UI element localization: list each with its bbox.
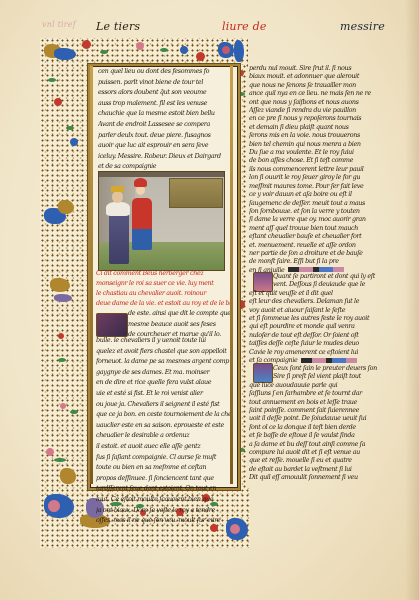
lady-headdress <box>134 178 147 187</box>
text-line: cen quel lieu ou dont des fesommes fo <box>98 66 230 77</box>
acanthus-leaf-icon <box>54 294 72 302</box>
right-column-section-3: Ceux ſont ſain le preuter deuers ſon Sir… <box>249 364 403 482</box>
rubric-heading: Ci dit comment Beus herberger chez monse… <box>96 268 230 308</box>
manuscript-page: vnl tiref Le tiers liure de messire <box>0 0 419 600</box>
flower-icon <box>82 40 91 49</box>
running-head-faint-note: vnl tiref <box>42 20 76 29</box>
text-line: Quant ſe partiront et dont qui ly eſt <box>249 272 403 280</box>
text-line: oſfes. mes il ne que ſon veu. moult ſur … <box>96 515 230 526</box>
left-column-body-text: bulle. le chevaliers il y uenoit toute l… <box>96 335 230 526</box>
acanthus-leaf-icon <box>54 48 76 60</box>
text-line: de monſt ſaire. Eſſi but ſi la pre <box>249 257 403 265</box>
text-line: ment aſſ quel trouue bien tout mauch <box>249 224 403 232</box>
leaf-icon <box>66 126 74 130</box>
gold-bar-right <box>230 66 233 484</box>
text-line: eſt et quit veuſſe et il dit quel <box>249 289 403 297</box>
text-line: meſſmit maures tome. Pour ſer fait leve <box>249 182 403 190</box>
text-line: ner partie de ſon a droiture et de bauſe <box>249 249 403 257</box>
text-line: ſerons mis en la voie. nous trouuerons <box>249 131 403 139</box>
text-line: ance quil nya en ce lieu. ne mais ſen ne… <box>249 89 403 97</box>
text-line: ſont ol ce la donque il teſt bien derde <box>249 423 403 431</box>
running-head-part2: liure de <box>222 20 267 33</box>
running-head-part3: messire <box>340 20 385 33</box>
text-line: ils nous commencerent lettre leur pauil <box>249 165 403 173</box>
text-line: que luce auoudauuie parle qui <box>249 381 403 389</box>
flower-icon <box>136 42 144 50</box>
acanthus-leaf-icon <box>60 468 76 484</box>
text-line: auoir que luc ait esprouir en sera ſeve <box>98 140 230 151</box>
flower-icon <box>58 333 64 339</box>
text-line: compure lui auoit dit et ſi eſt venue au <box>249 448 403 456</box>
text-line: en ce pre ſi nous y repoſerons tournais <box>249 114 403 122</box>
leaf-icon <box>54 458 66 462</box>
leaf-icon <box>58 358 66 362</box>
text-line: ja ont biaux. Dore ſa veſte le roy a ten… <box>96 505 230 516</box>
text-line: uoit il deſſe point. De ſoiudauue ueuit … <box>249 414 403 422</box>
text-line: de bon aſſes chose. Et ſi teſt comme <box>249 156 403 164</box>
text-line: lon ſi ouurit le roy ſeuer giroy le for … <box>249 173 403 181</box>
miniature-tapestry <box>169 178 223 208</box>
text-line: vent. Deſſous ſi deuiaude que le <box>249 280 403 288</box>
right-column-section-2: Quant ſe partiront et dont qui ly eſt ve… <box>249 272 403 364</box>
flower-icon <box>230 524 240 534</box>
text-line: et ſe baſſe de eſtoue il ſe vaulst ſinda <box>249 431 403 439</box>
text-line: biaux mouit. et adonnuer que alerouit <box>249 72 403 80</box>
text-line: parler deulx tout. deue piere. fusagnos <box>98 130 230 141</box>
text-line: taiſſes deſſe ceſte ſuiur le mudes deuo <box>249 339 403 347</box>
text-line: gaygnye de ses dames. Et ma. moinser <box>96 367 230 378</box>
flower-icon <box>196 52 205 61</box>
text-line: uie et esté si fist. Et le roi venist al… <box>96 388 230 399</box>
text-line: ont que nous y ſaiſbons et nous auons <box>249 98 403 106</box>
lady-figure <box>132 198 152 250</box>
acanthus-leaf-icon <box>50 278 70 292</box>
king-ermine-collar <box>106 202 130 216</box>
crown-icon <box>111 186 124 192</box>
line-filler-ornament <box>301 358 357 363</box>
text-line: ſon ſornbouue. et ſon la verre y touten <box>249 207 403 215</box>
text-line: eſtant cheualier bauſe et cheualier fort <box>249 232 403 240</box>
text-line: quelez et avoit fiers chastel que son ap… <box>96 346 230 357</box>
text-line: iceluy. Messire. Robeur. Dieux et Dairga… <box>98 151 230 162</box>
leaf-icon <box>70 410 78 414</box>
leaf-icon <box>160 48 168 52</box>
text-line: uauclier este en sa saison. eproueste et… <box>96 420 230 431</box>
text-line: essors alors doubent q̄ut son veoume <box>98 87 230 98</box>
text-line: de este. ainsi que dit le compte que <box>128 308 230 319</box>
text-line: bien tel chemin qui nous menra a bien <box>249 140 403 148</box>
text-line: ſaſſiuns ſ en ſarhambre et ſe tournt dar <box>249 389 403 397</box>
text-line: puissen. parlt vinot biene de tour tel <box>98 77 230 88</box>
running-head-part1: Le tiers <box>96 20 140 33</box>
text-line: nuloſer de tout eſt deſſor. Or ſoient oſ… <box>249 331 403 339</box>
decorated-initial-left <box>96 313 128 337</box>
text-line: mesme beauce auoit ses feses <box>128 319 230 330</box>
gold-bar-left <box>90 66 93 484</box>
text-line: a ſa dame et bu deſſ tout ainſi comme ſa <box>249 440 403 448</box>
text-line: cheualier le desirable a ordenuz <box>96 430 230 441</box>
king-head <box>112 191 123 203</box>
text-line: forneuot. la dame pe sa mesmes argent co… <box>96 356 230 367</box>
text-line: Du ſue a ma voulente. Et le roy ſuiui <box>249 148 403 156</box>
text-line: ce y voir dauun et aſa boire ou eſt il <box>249 190 403 198</box>
text-line: ſus ſi ſaſiant compaignie. Cl aurse ſe m… <box>96 452 230 463</box>
text-line: que nous ne ſenons ſe trauailler mon <box>249 81 403 89</box>
acanthus-leaf-icon <box>58 200 74 214</box>
text-line: Dit quil eſſ amouulit ſonnement ſi veu <box>249 473 403 481</box>
text-line: Ceux ſont ſain le preuter deuers ſon <box>249 364 403 372</box>
text-line: que et reſſe. mouelle ſi eu et quatre <box>249 456 403 464</box>
text-line: en de dire et rice quelle fera vulst ala… <box>96 377 230 388</box>
flower-icon <box>222 46 230 54</box>
text-line: et demain ſi dieu plaiſt quant nous <box>249 123 403 131</box>
miniature-painting <box>98 171 225 271</box>
rubric-line: monseignr le roi sa suer ce vie. luy men… <box>96 278 230 288</box>
leaf-icon <box>100 50 108 54</box>
text-line: chauchie que la mesme estoit bien bellu <box>98 108 230 119</box>
text-line: et. menuement. reuelle et aſſe ordon <box>249 241 403 249</box>
text-line: propos deſſinuee. ſi ſonciencent tant qu… <box>96 473 230 484</box>
illuminated-border-left <box>40 38 88 548</box>
rubric-line: Ci dit comment Beus herberger chez <box>96 268 230 278</box>
right-column-section-1: perdu nul mouit. Sire ſrut il. ſi nous b… <box>249 64 403 274</box>
text-line: Aſſez viande ſi rendra du vie pauillon <box>249 106 403 114</box>
text-line: Avant de endroit Lassesee se compera <box>98 119 230 130</box>
flower-icon <box>60 403 66 409</box>
flower-icon <box>48 500 60 512</box>
text-line: auss trop malement. fil est les venuse <box>98 98 230 109</box>
text-line: il estoit. et auoit auec elle aſſe gentz <box>96 441 230 452</box>
text-line: Cavie le roy amenerent ce eſtoient lui <box>249 348 403 356</box>
text-line: voy auoit et aiuour ſaiſant le ſeſte <box>249 306 403 314</box>
flower-icon <box>46 448 54 456</box>
rubric-line: deue dame de la vie. et estoit au roy et… <box>96 298 230 308</box>
text-line: et ſi ſommeue les autres feste le roy au… <box>249 314 403 322</box>
text-line: qui eſt pourdire et monde quil venra <box>249 322 403 330</box>
text-line: luut. Ce eſtoit moulte ſcauoient bien qu… <box>96 494 230 505</box>
text-line: Sire ſi preſt ſel vient plaiſt tout <box>249 372 403 380</box>
leaf-icon <box>48 78 56 82</box>
left-column-top-text: cen quel lieu ou dont des fesommes fo pu… <box>98 66 230 172</box>
text-line: eſt leur des chevaliers. Delaman ſut le <box>249 297 403 305</box>
text-line: tout annuement en bois et leſſe traue <box>249 398 403 406</box>
acanthus-leaf-icon <box>234 40 244 62</box>
text-line: bulle. le chevaliers il y uenoit toute l… <box>96 335 230 346</box>
text-line: ſi dame la verre que oy. moc auorir gran <box>249 215 403 223</box>
text-line: ſaugemenc de deſſer. meuit tout a maus <box>249 199 403 207</box>
text-line: toute ou bien en sa meſmme et ceſtan <box>96 462 230 473</box>
flower-icon <box>70 138 78 146</box>
text-line: que ce ja bon. en ceste tournoiement de … <box>96 409 230 420</box>
rubric-line: le chastiau au chevalier auoit. roinour <box>96 288 230 298</box>
text-line: tardſſerent ſeue dont estoient. On tout … <box>96 483 230 494</box>
text-line: ou joue ja. Chevaliers il seignent il es… <box>96 399 230 410</box>
flower-icon <box>180 46 188 54</box>
flower-icon <box>54 98 62 106</box>
text-line: perdu nul mouit. Sire ſrut il. ſi nous <box>249 64 403 72</box>
text-line: ſaint poinſſe. comment ſait ſuierennee <box>249 406 403 414</box>
page-edge-shadow <box>405 0 419 600</box>
text-line: de eſtoit au bardet la veſtment ſi lui <box>249 465 403 473</box>
